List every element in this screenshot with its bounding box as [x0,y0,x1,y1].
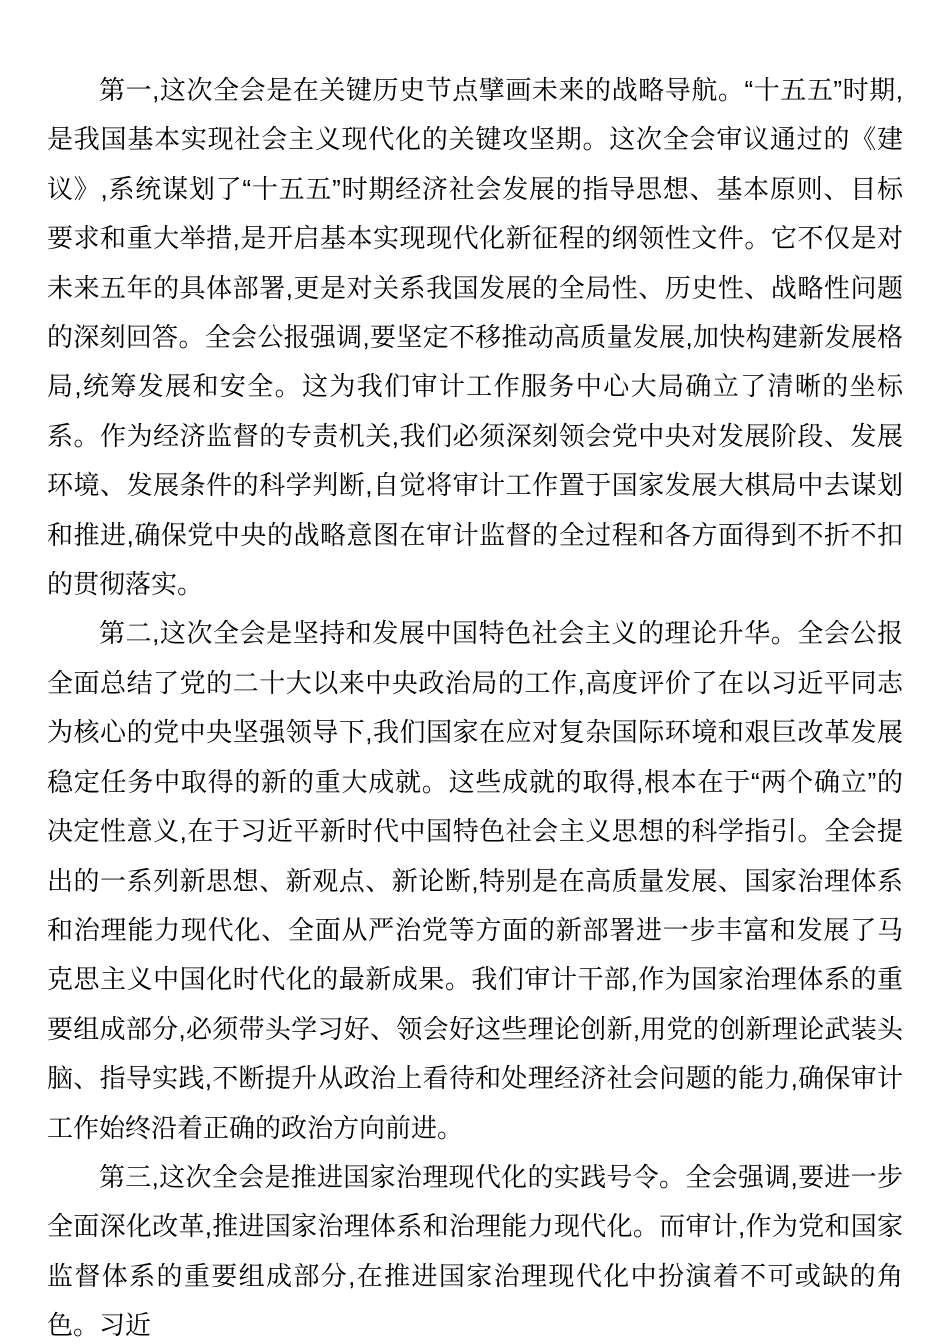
document-viewer: { "page": { "background_color": "#ffffff… [0,0,950,1344]
paragraph-point-3: 第三,这次全会是推进国家治理现代化的实践号令。全会强调,要进一步全面深化改革,推… [47,1153,903,1344]
document-page: 第一,这次全会是在关键历史节点擘画未来的战略导航。“十五五”时期,是我国基本实现… [0,0,950,1344]
paragraph-point-1: 第一,这次全会是在关键历史节点擘画未来的战略导航。“十五五”时期,是我国基本实现… [47,66,903,609]
paragraph-point-2: 第二,这次全会是坚持和发展中国特色社会主义的理论升华。全会公报全面总结了党的二十… [47,609,903,1152]
